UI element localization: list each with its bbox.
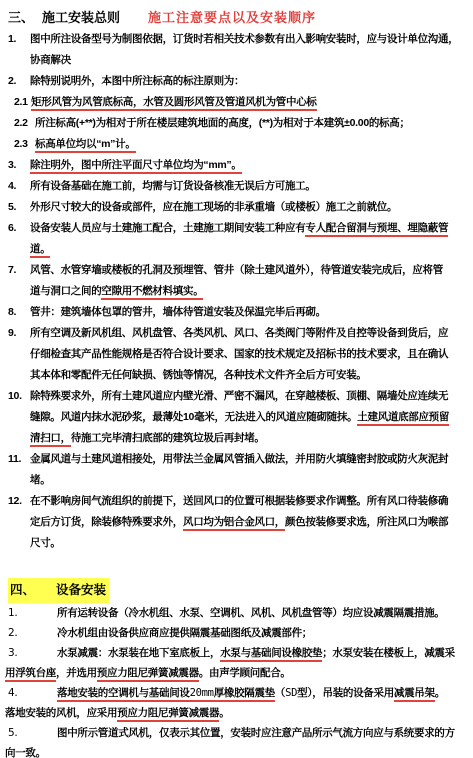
text-segment: 图中所示管道式风机，仅表示其位置，安装时应注意产品所示气流方向应与系统要求的方 [57, 727, 455, 739]
text-segment: 风管、水管穿墙或楼板的孔洞及预埋管、管井（除土建风道外），待管道安装完成后，应将… [30, 264, 443, 276]
text-segment: 冷水机组由设备供应商应提供隔震基础图纸及减震部件； [57, 627, 312, 639]
section3-annotation: 施工注意要点以及安装顺序 [148, 7, 316, 29]
underlined-text: 空隙用不燃材料填实。 [101, 285, 203, 300]
text-segment: 堵。 [30, 474, 50, 486]
item-number: 6. [8, 218, 30, 239]
numbered-text-line: 12.在不影响房间气流组织的前提下，送回风口的位置可根据装修要求作调整。所有风口… [8, 491, 469, 512]
item-number: 12. [8, 491, 30, 512]
continuation-text-line: 道。 [30, 239, 469, 260]
item-number: 2.2 [14, 113, 35, 134]
text-segment: 落地安装的风机，应采用 [5, 707, 117, 719]
underlined-text: 标高单位均以“m”计。 [35, 138, 136, 153]
numbered-text-line: 11.金属风道与土建风道相接处，用带法兰金属风管插入做法，并用防火填缝密封胶或防… [8, 449, 469, 470]
text-segment: 。 [219, 707, 229, 719]
numbered-text-line: 2.2 所注标高(+**)为相对于所在楼层建筑地面的高度，(**)为相对于本建筑… [14, 113, 469, 134]
text-segment: 设备安装人员应与土建施工配合，土建施工期间安装工种应有 [30, 222, 305, 234]
continuation-text-line: 尺寸。 [30, 533, 469, 554]
text-segment: 协商解决 [30, 54, 71, 66]
section3-heading: 三、施工安装总则施工注意要点以及安装顺序 [4, 7, 469, 29]
item-number: 9. [8, 323, 30, 344]
text-segment: 水泵减震：水泵装在地下室底板上， [57, 647, 220, 659]
item-number: 4. [8, 683, 57, 703]
underlined-text: 矩形风管为风管底标高，水管及圆形风管及管道风机为管中心标 [31, 96, 317, 111]
item-number: 2.3 [14, 134, 35, 155]
item-number: 11. [8, 449, 30, 470]
text-segment: 仔细检查其产品性能规格是否符合设计要求、国家的技术规定及招标书的技术要求，且在确… [30, 348, 448, 360]
item-number: 3. [8, 155, 30, 176]
text-segment: 除特殊要求外，所有土建风道应内壁光滑、严密不漏风，在穿越楼板、顶棚、隔墙处应连续… [30, 390, 448, 402]
text-segment: ；水泵安装在楼板上，减震采 [322, 647, 455, 659]
numbered-text-line: 10.除特殊要求外，所有土建风道应内壁光滑、严密不漏风，在穿越楼板、顶棚、隔墙处… [8, 386, 469, 407]
continuation-text-line: 堵。 [30, 470, 469, 491]
document-page: 三、施工安装总则施工注意要点以及安装顺序 1.图中所注设备型号为制图依据，订货时… [0, 0, 473, 758]
continuation-text-line: 仔细检查其产品性能规格是否符合设计要求、国家的技术规定及招标书的技术要求，且在确… [30, 344, 469, 365]
continuation-text-line: 缝隙。风道内抹水泥砂浆，最薄处10毫米，无法进入的风道应随砌随抹。土建风道底部应… [30, 407, 469, 428]
item-number: 1. [8, 603, 57, 623]
underlined-text: 预应力阻尼弹簧减震器 [97, 667, 199, 682]
text-segment: （ [275, 687, 285, 699]
numbered-text-line: 5.图中所示管道式风机，仅表示其位置，安装时应注意产品所示气流方向应与系统要求的… [8, 723, 469, 743]
numbered-text-line: 6.设备安装人员应与土建施工配合，土建施工期间安装工种应有专人配合留洞与预埋、埋… [8, 218, 469, 239]
numbered-text-line: 7.风管、水管穿墙或楼板的孔洞及预埋管、管井（除土建风道外），待管道安装完成后，… [8, 260, 469, 281]
section4-heading: 四、设备安装 [4, 578, 469, 603]
continuation-text-line: 落地安装的风机，应采用预应力阻尼弹簧减震器。 [5, 703, 469, 723]
text-segment: 所有设备基础在施工前，均需与订货设备核准无误后方可施工。 [30, 180, 316, 192]
numbered-text-line: 1.所有运转设备（冷水机组、水泵、空调机、风机、风机盘管等）均应设减震隔震措施。 [8, 603, 469, 623]
continuation-text-line: 道与洞口之间的空隙用不燃材料填实。 [30, 281, 469, 302]
section3-number: 三、 [8, 7, 42, 29]
numbered-text-line: 2.冷水机组由设备供应商应提供隔震基础图纸及减震部件； [8, 623, 469, 643]
item-number: 1. [8, 29, 30, 50]
text-segment: 待施工完毕清扫底部的建筑垃圾后再封堵。 [71, 432, 265, 444]
text-segment: SD [285, 687, 297, 699]
text-segment: 金属风道与土建风道相接处，用带法兰金属风管插入做法，并用防火填缝密封胶或防火灰泥… [30, 453, 448, 465]
text-segment: 所注标高(+**)为相对于所在楼层建筑地面的高度，(**)为相对于本建筑±0.0… [35, 117, 410, 129]
continuation-text-line: 定后方订货，除装修特殊要求外，风口均为铝合金风口，颜色按装修要求选，所注风口为喉… [30, 512, 469, 533]
continuation-text-line: 用浮筑台座，并选用预应力阻尼弹簧减震器。由声学顾问配合。 [5, 663, 469, 683]
underlined-text: 水泵与基础间设橡胶垫 [220, 647, 322, 662]
text-segment: 颜色按装修要求选，所注风口为喉部 [285, 516, 448, 528]
continuation-text-line: 其本体和零配件无任何缺损、锈蚀等情况，各种技术文件齐全后方可安装。 [30, 365, 469, 386]
section3-title: 施工安装总则 [42, 7, 120, 29]
text-segment: 定后方订货，除装修特殊要求外， [30, 516, 183, 528]
underlined-text: 清扫口， [30, 432, 71, 447]
continuation-text-line: 向一致。 [5, 743, 469, 758]
underlined-text: 土建风道底部应预留 [357, 411, 449, 426]
numbered-text-line: 2.3 标高单位均以“m”计。 [14, 134, 469, 155]
numbered-text-line: 1.图中所注设备型号为制图依据，订货时若相关技术参数有出入影响安装时，应与设计单… [8, 29, 469, 50]
underlined-text: 除注明外，图中所注平面尺寸单位均为“mm”。 [30, 159, 242, 174]
underlined-text: 减震吊架 [394, 687, 435, 702]
item-number: 5. [8, 197, 30, 218]
item-number: 7. [8, 260, 30, 281]
numbered-text-line: 8.管井：建筑墙体包罩的管井，墙体待管道安装及保温完毕后再砌。 [8, 302, 469, 323]
item-number: 2.1 [14, 92, 31, 113]
numbered-text-line: 9.所有空调及新风机组、风机盘管、各类风机、风口、各类阀门等附件及自控等设备到货… [8, 323, 469, 344]
section3-body: 1.图中所注设备型号为制图依据，订货时若相关技术参数有出入影响安装时，应与设计单… [4, 29, 469, 554]
numbered-text-line: 4.所有设备基础在施工前，均需与订货设备核准无误后方可施工。 [8, 176, 469, 197]
text-segment: 尺寸。 [30, 537, 61, 549]
text-segment: 型），吊装的设备采用 [297, 687, 394, 699]
text-segment: 缝隙。风道内抹水泥砂浆，最薄处10毫米，无法进入的风道应随砌随抹。 [30, 411, 357, 423]
text-segment: 在不影响房间气流组织的前提下，送回风口的位置可根据装修要求作调整。所有风口待装修… [30, 495, 448, 507]
text-segment: 所有空调及新风机组、风机盘管、各类风机、风口、各类阀门等附件及自控等设备到货后，… [30, 327, 448, 339]
section4-number: 四、 [8, 578, 53, 603]
underlined-text: 专人配合留洞与预埋、埋隐蔽管 [305, 222, 448, 237]
text-segment: 图中所注设备型号为制图依据，订货时若相关技术参数有出入影响安装时，应与设计单位沟… [30, 33, 458, 45]
text-segment: 。 [435, 687, 445, 699]
text-segment: 其本体和零配件无任何缺损、锈蚀等情况，各种技术文件齐全后方可安装。 [30, 369, 367, 381]
numbered-text-line: 2.1矩形风管为风管底标高，水管及圆形风管及管道风机为管中心标 [14, 92, 469, 113]
text-segment: 管井：建筑墙体包罩的管井，墙体待管道安装及保温完毕后再砌。 [30, 306, 326, 318]
underlined-text: 落地安装的空调机与基础间设 [57, 687, 190, 702]
section4-title: 设备安装 [53, 578, 109, 603]
item-number: 4. [8, 176, 30, 197]
item-number: 5. [8, 723, 57, 743]
numbered-text-line: 3.除注明外，图中所注平面尺寸单位均为“mm”。 [8, 155, 469, 176]
text-segment: 除特别说明外，本图中所注标高的标注原则为： [30, 75, 244, 87]
text-segment: 向一致。 [5, 747, 46, 758]
numbered-text-line: 5.外形尺寸较大的设备或部件，应在施工现场的非承重墙（或楼板）施工之前就位。 [8, 197, 469, 218]
numbered-text-line: 4.落地安装的空调机与基础间设20mm厚橡胶隔震垫（SD型），吊装的设备采用减震… [8, 683, 469, 703]
text-segment: 。由声学顾问配合。 [199, 667, 291, 679]
underlined-text: 20mm [190, 687, 214, 702]
item-number: 2. [8, 71, 30, 92]
text-segment: ，并选用 [56, 667, 97, 679]
item-number: 8. [8, 302, 30, 323]
underlined-text: 道。 [30, 243, 50, 258]
text-segment: 道与洞口之间的 [30, 285, 101, 297]
underlined-text: 风口均为铝合金风口， [183, 516, 285, 531]
numbered-text-line: 2.除特别说明外，本图中所注标高的标注原则为： [8, 71, 469, 92]
text-segment: 外形尺寸较大的设备或部件，应在施工现场的非承重墙（或楼板）施工之前就位。 [30, 201, 397, 213]
continuation-text-line: 协商解决 [30, 50, 469, 71]
numbered-text-line: 3.水泵减震：水泵装在地下室底板上，水泵与基础间设橡胶垫；水泵安装在楼板上，减震… [8, 643, 469, 663]
item-number: 2. [8, 623, 57, 643]
text-segment: 所有运转设备（冷水机组、水泵、空调机、风机、风机盘管等）均应设减震隔震措施。 [57, 607, 445, 619]
underlined-text: 预应力阻尼弹簧减震器 [117, 707, 219, 722]
item-number: 3. [8, 643, 57, 663]
underlined-text: 用浮筑台座 [5, 667, 56, 682]
continuation-text-line: 清扫口，待施工完毕清扫底部的建筑垃圾后再封堵。 [30, 428, 469, 449]
section4-body: 1.所有运转设备（冷水机组、水泵、空调机、风机、风机盘管等）均应设减震隔震措施。… [4, 603, 469, 758]
item-number: 10. [8, 386, 30, 407]
underlined-text: 厚橡胶隔震垫 [214, 687, 275, 702]
